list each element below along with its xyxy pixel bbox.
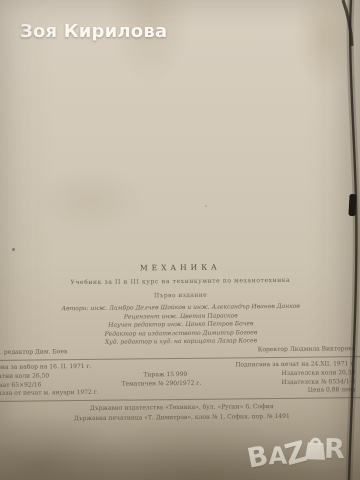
imprint-cell: Дадена за набор на 16. II. 1971 г. (0, 363, 92, 371)
publisher-line: Държавно издателство «Техника», бул. «Ру… (0, 402, 360, 413)
paper-speck (12, 248, 15, 251)
imprint-cell: Печатни коли 26,50 (0, 372, 49, 380)
edition-line: Първо издание (0, 290, 360, 301)
imprint-cell: Издателски № 6534/1-3 (281, 378, 355, 386)
bazar-letter: R (324, 436, 345, 463)
paper-speck (205, 205, 207, 207)
divider-line (0, 397, 360, 402)
imprint-cell: Тематичен № 290/1972 г. (121, 379, 201, 387)
book-page-text: МЕХАНИКА Учебник за II и III курс на тех… (0, 0, 360, 480)
credits-block: Автори: инж. Ламбро Делчев Шойков и инж.… (0, 302, 360, 349)
imprint-cell: Тираж 15 999 (143, 371, 187, 378)
page-subtitle: Учебник за II и III курс на техникумите … (0, 276, 360, 287)
corrector: Коректор Людмила Викторова (258, 345, 356, 353)
imprint-cell: Излязла от печат м. януари 1972 г. (0, 389, 99, 397)
imprint-cell: Подписана за печат на 24.XII. 1971 г. (235, 360, 355, 368)
tech-editor: Техн. редактор Дим. Боев (0, 348, 67, 356)
page-title: МЕХАНИКА (0, 261, 360, 274)
bazar-letter: B (245, 442, 270, 472)
imprint-cell: Цена 0,88 лева (308, 386, 356, 394)
imprint-cell: Формат 65×92/16 (0, 381, 41, 389)
photo-of-book-page[interactable]: Зоя Кирилова МЕХАНИКА Учебник за II и II… (0, 0, 360, 480)
imprint-cell: Издателски коли 20,50 (282, 369, 356, 377)
printer-line: Държавна печатница «Т. Димитров», клон №… (0, 412, 360, 423)
